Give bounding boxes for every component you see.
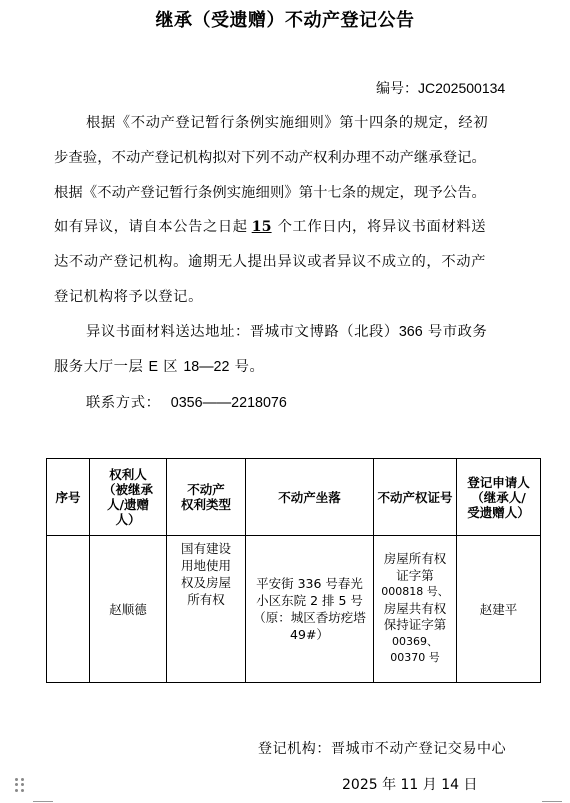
- header-seq: 序号: [47, 459, 90, 536]
- header-right-type: 不动产 权利类型: [167, 459, 246, 536]
- address-zone-letter: E: [149, 359, 159, 375]
- header-right-holder-line: 人）: [92, 512, 164, 527]
- paragraph-1-line-2: 步查验，不动产登记机构拟对下列不动产权利办理不动产继承登记。: [54, 147, 486, 167]
- address-hall-text: 服务大厅一层: [54, 359, 143, 375]
- cert-no-line: 00369、: [376, 634, 454, 651]
- registration-table: 序号 权利人 （被继承 人/遗赠 人） 不动产 权利类型 不动产坐落 不动产权证…: [46, 458, 541, 683]
- header-applicant-line: （继承人/: [459, 490, 538, 505]
- right-type-line: 用地使用: [169, 557, 243, 574]
- document-number-value: JC202500134: [418, 80, 505, 96]
- page-title: 继承（受遗赠）不动产登记公告: [0, 6, 570, 32]
- paragraph-2-line-2: 达不动产登记机构。逾期无人提出异议或者异议不成立的，不动产: [54, 251, 486, 271]
- contact-label: 联系方式：: [86, 395, 160, 411]
- address-end-text: 号。: [235, 359, 265, 375]
- header-right-holder-line: （被继承: [92, 482, 164, 497]
- cert-no-line: 房屋所有权: [376, 551, 454, 568]
- address-street-number: 366: [399, 324, 423, 340]
- right-type-line: 国有建设: [169, 540, 243, 557]
- paragraph-2-line-1: 如有异议，请自本公告之日起15个工作日内，将异议书面材料送: [54, 216, 486, 236]
- address-suffix-text: 号市政务: [428, 324, 488, 340]
- location-line: 小区东院 2 排 5 号: [248, 592, 371, 609]
- cell-right-holder: 赵顺德: [90, 536, 167, 683]
- cert-no-line: 保持证字第: [376, 617, 454, 634]
- header-right-type-line: 不动产: [169, 482, 243, 497]
- header-right-holder-line: 人/遗赠: [92, 497, 164, 512]
- announcement-date: 2025 年 11 月 14 日: [342, 774, 478, 794]
- right-type-line: 所有权: [169, 591, 243, 608]
- address-line-1: 异议书面材料送达地址：晋城市文博路（北段）366 号市政务: [86, 321, 487, 341]
- address-zone-text: 区: [163, 359, 178, 375]
- cell-applicant: 赵建平: [457, 536, 541, 683]
- document-number: 编号：JC202500134: [376, 78, 505, 98]
- cell-location: 平安街 336 号春光 小区东院 2 排 5 号 （原：城区香坊疙塔 49#）: [246, 536, 374, 683]
- contact-line: 联系方式： 0356——2218076: [86, 392, 287, 412]
- cell-right-type: 国有建设 用地使用 权及房屋 所有权: [167, 536, 246, 683]
- cell-seq: [47, 536, 90, 683]
- contact-phone: 0356——2218076: [171, 395, 287, 411]
- header-applicant-line: 受遗赠人）: [459, 505, 538, 520]
- drag-handle-icon[interactable]: [15, 778, 25, 792]
- objection-days-value: 15: [248, 219, 278, 235]
- right-type-line: 权及房屋: [169, 574, 243, 591]
- cert-no-line: 00370 号: [376, 650, 454, 667]
- header-right-holder: 权利人 （被继承 人/遗赠 人）: [90, 459, 167, 536]
- paragraph-1-line-1: 根据《不动产登记暂行条例实施细则》第十四条的规定，经初: [86, 112, 488, 132]
- header-location: 不动产坐落: [246, 459, 374, 536]
- cert-no-line: 房屋共有权: [376, 601, 454, 618]
- address-line-2: 服务大厅一层 E 区 18—22 号。: [54, 356, 264, 376]
- document-number-label: 编号：: [376, 81, 418, 97]
- cert-no-line: 000818 号、: [376, 584, 454, 601]
- header-right-type-line: 权利类型: [169, 497, 243, 512]
- objection-outro-text: 个工作日内，将异议书面材料送: [278, 219, 487, 235]
- objection-intro-text: 如有异议，请自本公告之日起: [54, 219, 248, 235]
- header-applicant-line: 登记申请人: [459, 475, 538, 490]
- paragraph-2-line-3: 登记机构将予以登记。: [54, 286, 203, 306]
- table-row: 赵顺德 国有建设 用地使用 权及房屋 所有权 平安街 336 号春光 小区东院 …: [47, 536, 541, 683]
- table-header-row: 序号 权利人 （被继承 人/遗赠 人） 不动产 权利类型 不动产坐落 不动产权证…: [47, 459, 541, 536]
- cert-no-line: 证字第: [376, 568, 454, 585]
- header-right-holder-line: 权利人: [92, 467, 164, 482]
- address-label-text: 异议书面材料送达地址：晋城市文博路（北段）: [86, 324, 399, 340]
- address-window-range: 18—22: [183, 359, 229, 375]
- cell-cert-no: 房屋所有权 证字第 000818 号、 房屋共有权 保持证字第 00369、 0…: [374, 536, 457, 683]
- header-cert-no: 不动产权证号: [374, 459, 457, 536]
- location-line: （原：城区香坊疙塔: [248, 609, 371, 626]
- page-corner-mark-right: [542, 801, 562, 802]
- registration-authority: 登记机构：晋城市不动产登记交易中心: [258, 738, 506, 758]
- paragraph-1-line-3: 根据《不动产登记暂行条例实施细则》第十七条的规定，现予公告。: [54, 182, 486, 202]
- location-line: 49#）: [248, 626, 371, 643]
- page-corner-mark-left: [33, 801, 53, 802]
- location-line: 平安街 336 号春光: [248, 575, 371, 592]
- header-applicant: 登记申请人 （继承人/ 受遗赠人）: [457, 459, 541, 536]
